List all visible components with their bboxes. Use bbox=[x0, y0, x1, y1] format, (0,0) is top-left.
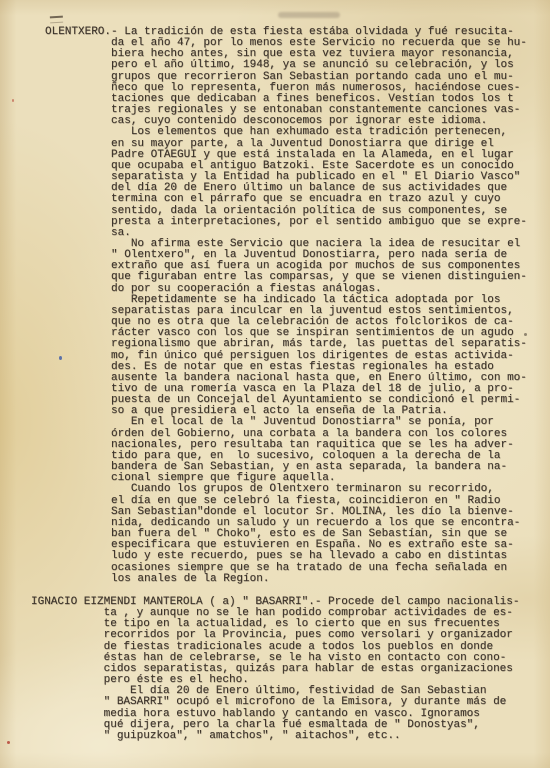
section-olentxero-text: OLENTXERO.- La tradición de esta fiesta … bbox=[45, 27, 527, 585]
ink-mark bbox=[50, 16, 63, 24]
paper-speck-red bbox=[12, 99, 14, 102]
ink-smudge bbox=[278, 12, 340, 18]
paper-speck-red bbox=[7, 741, 10, 744]
section-basarri-text: IGNACIO EIZMENDI MANTEROLA ( a) " BASARR… bbox=[31, 597, 519, 742]
document-page: OLENTXERO.- La tradición de esta fiesta … bbox=[0, 0, 550, 768]
